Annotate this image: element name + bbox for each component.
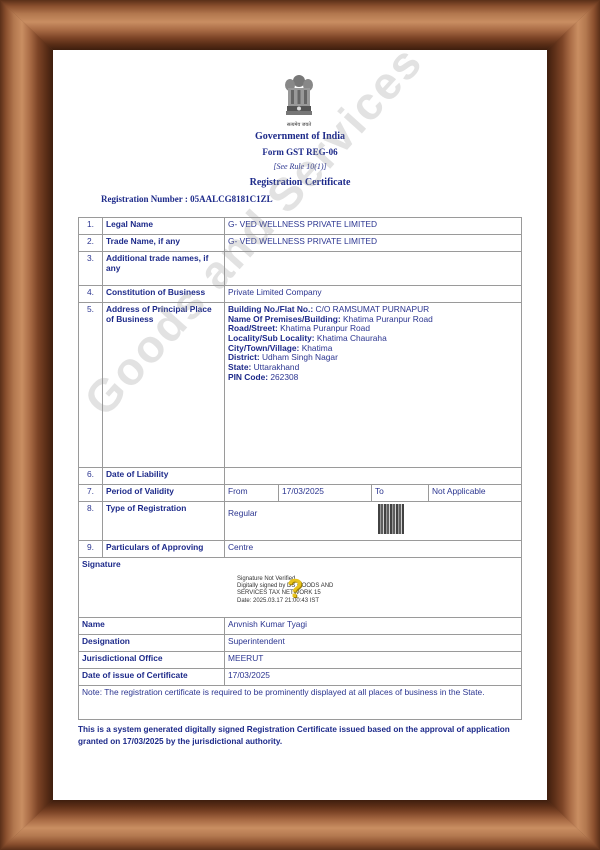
- table-row: 9. Particulars of Approving Centre: [79, 541, 522, 558]
- government-heading: Government of India: [53, 131, 547, 142]
- table-row: 5. Address of Principal Place of Busines…: [79, 303, 522, 468]
- registration-type-cell: Regular: [225, 502, 522, 541]
- legal-name-value: G- VED WELLNESS PRIVATE LIMITED: [225, 218, 522, 235]
- row-number: 1.: [79, 218, 103, 235]
- row-number: 6.: [79, 468, 103, 485]
- note-row: Note: The registration certificate is re…: [79, 686, 522, 720]
- approving-authority-value: Centre: [225, 541, 522, 558]
- jurisdictional-office-label: Jurisdictional Office: [79, 652, 225, 669]
- jurisdictional-office-value: MEERUT: [225, 652, 522, 669]
- signature-signer: Digitally signed by DS GOODS AND: [237, 583, 333, 590]
- table-row: 8. Type of Registration Regular: [79, 502, 522, 541]
- trade-name-value: G- VED WELLNESS PRIVATE LIMITED: [225, 235, 522, 252]
- validity-from-value: 17/03/2025: [279, 485, 372, 502]
- system-generated-statement: This is a system generated digitally sig…: [78, 724, 522, 749]
- registration-number: Registration Number : 05AALCG8181C1ZL: [101, 194, 273, 204]
- row-label: Legal Name: [103, 218, 225, 235]
- row-label: Date of Liability: [103, 468, 225, 485]
- issue-date-label: Date of issue of Certificate: [79, 669, 225, 686]
- officer-name-label: Name: [79, 618, 225, 635]
- certificate-table: 1. Legal Name G- VED WELLNESS PRIVATE LI…: [78, 217, 522, 720]
- frame-left: [0, 0, 53, 850]
- table-row: 3. Additional trade names, if any: [79, 252, 522, 286]
- row-label: Trade Name, if any: [103, 235, 225, 252]
- designation-label: Designation: [79, 635, 225, 652]
- signature-label: Signature: [82, 559, 121, 569]
- row-number: 4.: [79, 286, 103, 303]
- table-row: 2. Trade Name, if any G- VED WELLNESS PR…: [79, 235, 522, 252]
- row-label: Address of Principal Place of Business: [103, 303, 225, 468]
- digital-signature: Signature Not Verified Digitally signed …: [237, 576, 333, 605]
- table-row: Date of issue of Certificate 17/03/2025: [79, 669, 522, 686]
- signature-cell: Signature Signature Not Verified Digital…: [79, 558, 522, 618]
- validity-to-value: Not Applicable: [429, 485, 522, 502]
- row-number: 5.: [79, 303, 103, 468]
- registration-type-value: Regular: [228, 509, 257, 519]
- officer-name-value: Anvnish Kumar Tyagi: [225, 618, 522, 635]
- row-number: 7.: [79, 485, 103, 502]
- issue-date-value: 17/03/2025: [225, 669, 522, 686]
- validity-to-label: To: [372, 485, 429, 502]
- table-row: Name Anvnish Kumar Tyagi: [79, 618, 522, 635]
- row-label: Type of Registration: [103, 502, 225, 541]
- designation-value: Superintendent: [225, 635, 522, 652]
- date-of-liability-value: [225, 468, 522, 485]
- frame-bottom: [0, 800, 600, 850]
- table-row: 1. Legal Name G- VED WELLNESS PRIVATE LI…: [79, 218, 522, 235]
- table-row: Designation Superintendent: [79, 635, 522, 652]
- table-row: 7. Period of Validity From 17/03/2025 To…: [79, 485, 522, 502]
- form-heading: Form GST REG-06: [53, 147, 547, 157]
- row-label: Particulars of Approving: [103, 541, 225, 558]
- row-number: 2.: [79, 235, 103, 252]
- address-line: PIN Code: 262308: [228, 373, 518, 383]
- row-label: Constitution of Business: [103, 286, 225, 303]
- row-label: Additional trade names, if any: [103, 252, 225, 286]
- table-row: 4. Constitution of Business Private Limi…: [79, 286, 522, 303]
- signature-row: Signature Signature Not Verified Digital…: [79, 558, 522, 618]
- rule-reference: [See Rule 10(1)]: [53, 162, 547, 171]
- registration-number-value: 05AALCG8181C1ZL: [190, 194, 273, 204]
- qr-code-icon: [378, 504, 404, 534]
- signature-signer-2: SERVICES TAX NETWORK 15: [237, 590, 333, 597]
- signature-date: Date: 2025.03.17 21:00:43 IST: [237, 598, 333, 605]
- signature-status: Signature Not Verified: [237, 576, 333, 583]
- national-emblem-icon: [279, 72, 319, 124]
- unverified-question-icon: ?: [287, 574, 303, 604]
- row-number: 8.: [79, 502, 103, 541]
- validity-from-label: From: [225, 485, 279, 502]
- certificate-paper: सत्यमेव जयते Government of India Form GS…: [53, 50, 547, 800]
- table-row: 6. Date of Liability: [79, 468, 522, 485]
- row-number: 3.: [79, 252, 103, 286]
- row-label: Period of Validity: [103, 485, 225, 502]
- frame-top: [0, 0, 600, 50]
- table-row: Jurisdictional Office MEERUT: [79, 652, 522, 669]
- row-number: 9.: [79, 541, 103, 558]
- address-value: Building No./Flat No.: C/O RAMSUMAT PURN…: [225, 303, 522, 468]
- additional-trade-names-value: [225, 252, 522, 286]
- certificate-title: Registration Certificate: [53, 177, 547, 188]
- emblem-caption: सत्यमेव जयते: [263, 122, 335, 128]
- frame-right: [547, 0, 600, 850]
- registration-number-label: Registration Number :: [101, 194, 188, 204]
- constitution-value: Private Limited Company: [225, 286, 522, 303]
- display-note: Note: The registration certificate is re…: [79, 686, 522, 720]
